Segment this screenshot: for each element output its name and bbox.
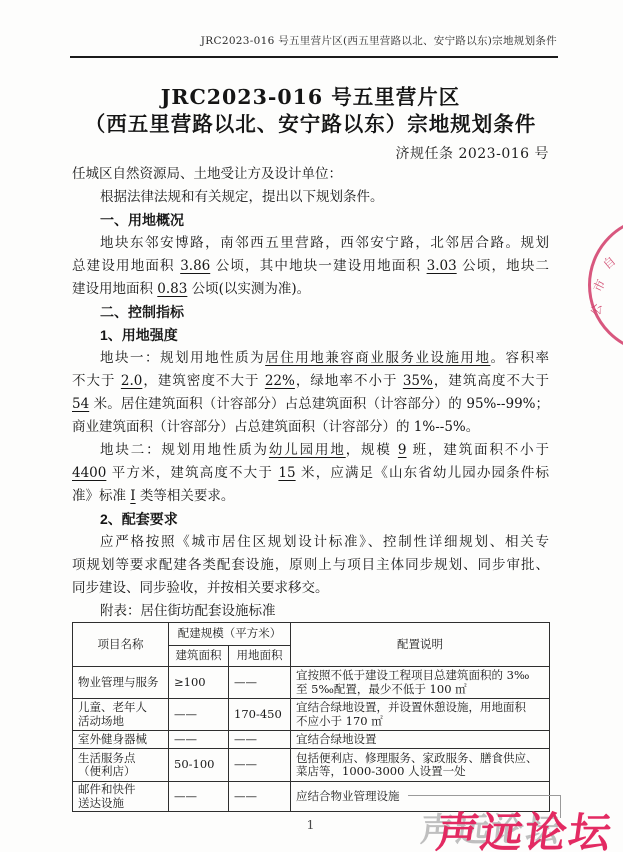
text-line: 准》标准 Ⅰ 类等相关要求。 bbox=[72, 485, 549, 508]
text-line: 根据法律法规和有关规定，提出以下规划条件。 bbox=[72, 186, 549, 209]
running-header: JRC2023-016 号五里营片区(西五里营路以北、安宁路以东)宗地规划条件 bbox=[201, 33, 557, 48]
doc-number: 济规任条 2023-016 号 bbox=[72, 143, 549, 163]
text-line: 同步建设、同步验收，并按相关要求移交。 bbox=[72, 577, 549, 600]
text-segment: 二、控制指标 bbox=[100, 304, 184, 320]
cell-building-area: —— bbox=[169, 731, 229, 749]
underlined-value: 54 bbox=[72, 396, 89, 412]
spec-table-header: 项目名称 配建规模（平方米） 配置说明 建筑面积 用地面积 bbox=[73, 623, 550, 667]
text-line: 应严格按照《城市居住区规划设计标准》、控制性详细规划、相关专 bbox=[72, 531, 549, 554]
cell-project-name: 邮件和快件 送达设施 bbox=[73, 782, 169, 812]
underlined-value: 35% bbox=[403, 373, 433, 389]
cell-description: 宜结合绿地设置 bbox=[291, 731, 550, 749]
document-page: JRC2023-016 号五里营片区(西五里营路以北、安宁路以东)宗地规划条件 … bbox=[0, 0, 623, 852]
text-segment: 公顷，地块二 bbox=[457, 258, 549, 274]
text-segment: 总建设用地面积 bbox=[72, 258, 180, 274]
text-segment: 不大于 bbox=[72, 373, 121, 389]
watermark-text: 声远论坛 bbox=[433, 800, 617, 852]
text-segment: 同步建设、同步验收，并按相关要求移交。 bbox=[72, 580, 329, 596]
text-segment: 建设用地面积 bbox=[72, 281, 157, 297]
text-segment: ，建筑密度不大于 bbox=[142, 373, 264, 389]
cell-building-area: —— bbox=[169, 782, 229, 812]
table-row: 儿童、老年人 活动场地——170-450宜结合绿地设置，并设置休憩设施，用地面积… bbox=[73, 699, 550, 731]
text-segment: 商业建筑面积（计容部分）占总建筑面积（计容部分）的 1%--5%。 bbox=[72, 419, 479, 435]
cell-land-area: —— bbox=[229, 782, 291, 812]
text-line: 2、配套要求 bbox=[72, 508, 549, 531]
cell-project-name: 室外健身器械 bbox=[73, 731, 169, 749]
seal-char: 公 bbox=[587, 302, 606, 316]
text-segment: 附表：居住街坊配套设施标准 bbox=[100, 603, 276, 619]
text-line: 地块二：规划用地性质为幼儿园用地，规模 9 班，建筑面积不小于 bbox=[72, 439, 549, 462]
text-segment: 米，应满足《山东省幼儿园办园条件标 bbox=[296, 465, 549, 481]
text-segment: 准》标准 bbox=[72, 488, 130, 504]
text-segment: 1、用地强度 bbox=[100, 327, 178, 343]
text-segment: 米。居住建筑面积（计容部分）占总建筑面积（计容部分）的 95%--99%； bbox=[89, 396, 549, 412]
underlined-value: 居住用地兼容商业服务业设施用地 bbox=[265, 350, 490, 366]
col-header-description: 配置说明 bbox=[291, 623, 550, 667]
cell-project-name: 儿童、老年人 活动场地 bbox=[73, 699, 169, 731]
cell-building-area: ≥100 bbox=[169, 667, 229, 699]
table-row: 室外健身器械————宜结合绿地设置 bbox=[73, 731, 550, 749]
text-line: 总建设用地面积 3.86 公顷，其中地块一建设用地面积 3.03 公顷，地块二 bbox=[72, 255, 549, 278]
text-line: 任城区自然资源局、土地受让方及设计单位： bbox=[72, 163, 549, 186]
col-header-scale-group: 配建规模（平方米） bbox=[169, 623, 291, 646]
text-line: 商业建筑面积（计容部分）占总建筑面积（计容部分）的 1%--5%。 bbox=[72, 416, 549, 439]
cell-description: 包括便利店、修理服务、家政服务、膳食供应、 菜店等，1000-3000 人设置一… bbox=[291, 749, 550, 782]
text-segment: 类等相关要求。 bbox=[136, 488, 235, 504]
table-row: 物业管理与服务≥100——宜按照不低于建设工程项目总建筑面积的 3‰ 至 5‰配… bbox=[73, 667, 550, 699]
cell-description: 宜结合绿地设置，并设置休憩设施，用地面积 不应小于 170 ㎡ bbox=[291, 699, 550, 731]
text-line: 4400 平方米，建筑高度不大于 15 米，应满足《山东省幼儿园办园条件标 bbox=[72, 462, 549, 485]
text-segment: 一、用地概况 bbox=[100, 212, 184, 228]
text-segment: 公顷，其中地块一建设用地面积 bbox=[210, 258, 426, 274]
col-header-project-name: 项目名称 bbox=[73, 623, 169, 667]
doc-title-line1: JRC2023-016 号五里营片区 bbox=[72, 84, 549, 111]
text-segment: 项规划等要求配建各类配套设施，原则上与项目主体同步规划、同步审批、 bbox=[72, 557, 549, 573]
cell-land-area: —— bbox=[229, 731, 291, 749]
text-segment: 根据法律法规和有关规定，提出以下规划条件。 bbox=[100, 189, 384, 205]
text-segment: 平方米，建筑高度不大于 bbox=[106, 465, 278, 481]
text-line: 地块东邻安博路，南邻西五里营路，西邻安宁路，北邻居合路。规划 bbox=[72, 232, 549, 255]
text-segment: ，绿地率不小于 bbox=[295, 373, 403, 389]
cell-building-area: —— bbox=[169, 699, 229, 731]
spec-table: 项目名称 配建规模（平方米） 配置说明 建筑面积 用地面积 物业管理与服务≥10… bbox=[72, 622, 550, 812]
text-segment: 应严格按照《城市居住区规划设计标准》、控制性详细规划、相关专 bbox=[100, 534, 549, 550]
body-text: 任城区自然资源局、土地受让方及设计单位：根据法律法规和有关规定，提出以下规划条件… bbox=[72, 163, 549, 623]
underlined-value: 22% bbox=[265, 373, 295, 389]
text-line: 1、用地强度 bbox=[72, 324, 549, 347]
underlined-value: 9 bbox=[398, 442, 407, 458]
text-segment: 班，建筑面积不小于 bbox=[407, 442, 550, 458]
underlined-value: 15 bbox=[278, 465, 295, 481]
header-rule bbox=[70, 56, 558, 58]
text-line: 一、用地概况 bbox=[72, 209, 549, 232]
text-segment: 2、配套要求 bbox=[100, 511, 178, 527]
text-segment: ，建筑高度不大于 bbox=[433, 373, 549, 389]
underlined-value: 幼儿园用地 bbox=[269, 442, 346, 458]
text-line: 地块一：规划用地性质为居住用地兼容商业服务业设施用地。容积率 bbox=[72, 347, 549, 370]
text-segment: 任城区自然资源局、土地受让方及设计单位： bbox=[72, 166, 342, 182]
cell-land-area: 170-450 bbox=[229, 699, 291, 731]
text-line: 54 米。居住建筑面积（计容部分）占总建筑面积（计容部分）的 95%--99%； bbox=[72, 393, 549, 416]
cell-project-name: 生活服务点 （便利店） bbox=[73, 749, 169, 782]
text-segment: 地块一：规划用地性质为 bbox=[100, 350, 265, 366]
doc-title-line2: （西五里营路以北、安宁路以东）宗地规划条件 bbox=[72, 111, 549, 138]
text-segment: ，规模 bbox=[346, 442, 398, 458]
table-row: 生活服务点 （便利店）50-100——包括便利店、修理服务、家政服务、膳食供应、… bbox=[73, 749, 550, 782]
text-line: 附表：居住街坊配套设施标准 bbox=[72, 600, 549, 623]
underlined-value: 4400 bbox=[72, 465, 106, 481]
text-segment: 。容积率 bbox=[490, 350, 549, 366]
spec-table-body: 物业管理与服务≥100——宜按照不低于建设工程项目总建筑面积的 3‰ 至 5‰配… bbox=[73, 667, 550, 812]
col-header-building-area: 建筑面积 bbox=[169, 646, 229, 667]
cell-description: 宜按照不低于建设工程项目总建筑面积的 3‰ 至 5‰配置，最少不低于 100 ㎡ bbox=[291, 667, 550, 699]
col-header-land-area: 用地面积 bbox=[229, 646, 291, 667]
underlined-value: 3.03 bbox=[427, 258, 457, 274]
text-segment: 地块二：规划用地性质为 bbox=[100, 442, 269, 458]
underlined-value: 3.86 bbox=[180, 258, 210, 274]
underlined-value: 2.0 bbox=[121, 373, 142, 389]
cell-building-area: 50-100 bbox=[169, 749, 229, 782]
text-segment: 地块东邻安博路，南邻西五里营路，西邻安宁路，北邻居合路。规划 bbox=[100, 235, 549, 251]
text-line: 二、控制指标 bbox=[72, 301, 549, 324]
cell-land-area: —— bbox=[229, 667, 291, 699]
text-line: 不大于 2.0，建筑密度不大于 22%，绿地率不小于 35%，建筑高度不大于 bbox=[72, 370, 549, 393]
text-line: 建设用地面积 0.83 公顷(以实测为准)。 bbox=[72, 278, 549, 301]
cell-project-name: 物业管理与服务 bbox=[73, 667, 169, 699]
text-line: 项规划等要求配建各类配套设施，原则上与项目主体同步规划、同步审批、 bbox=[72, 554, 549, 577]
cell-land-area: —— bbox=[229, 749, 291, 782]
text-segment: 公顷(以实测为准)。 bbox=[187, 281, 310, 297]
underlined-value: 0.83 bbox=[157, 281, 187, 297]
title-block: JRC2023-016 号五里营片区 （西五里营路以北、安宁路以东）宗地规划条件… bbox=[72, 84, 549, 163]
